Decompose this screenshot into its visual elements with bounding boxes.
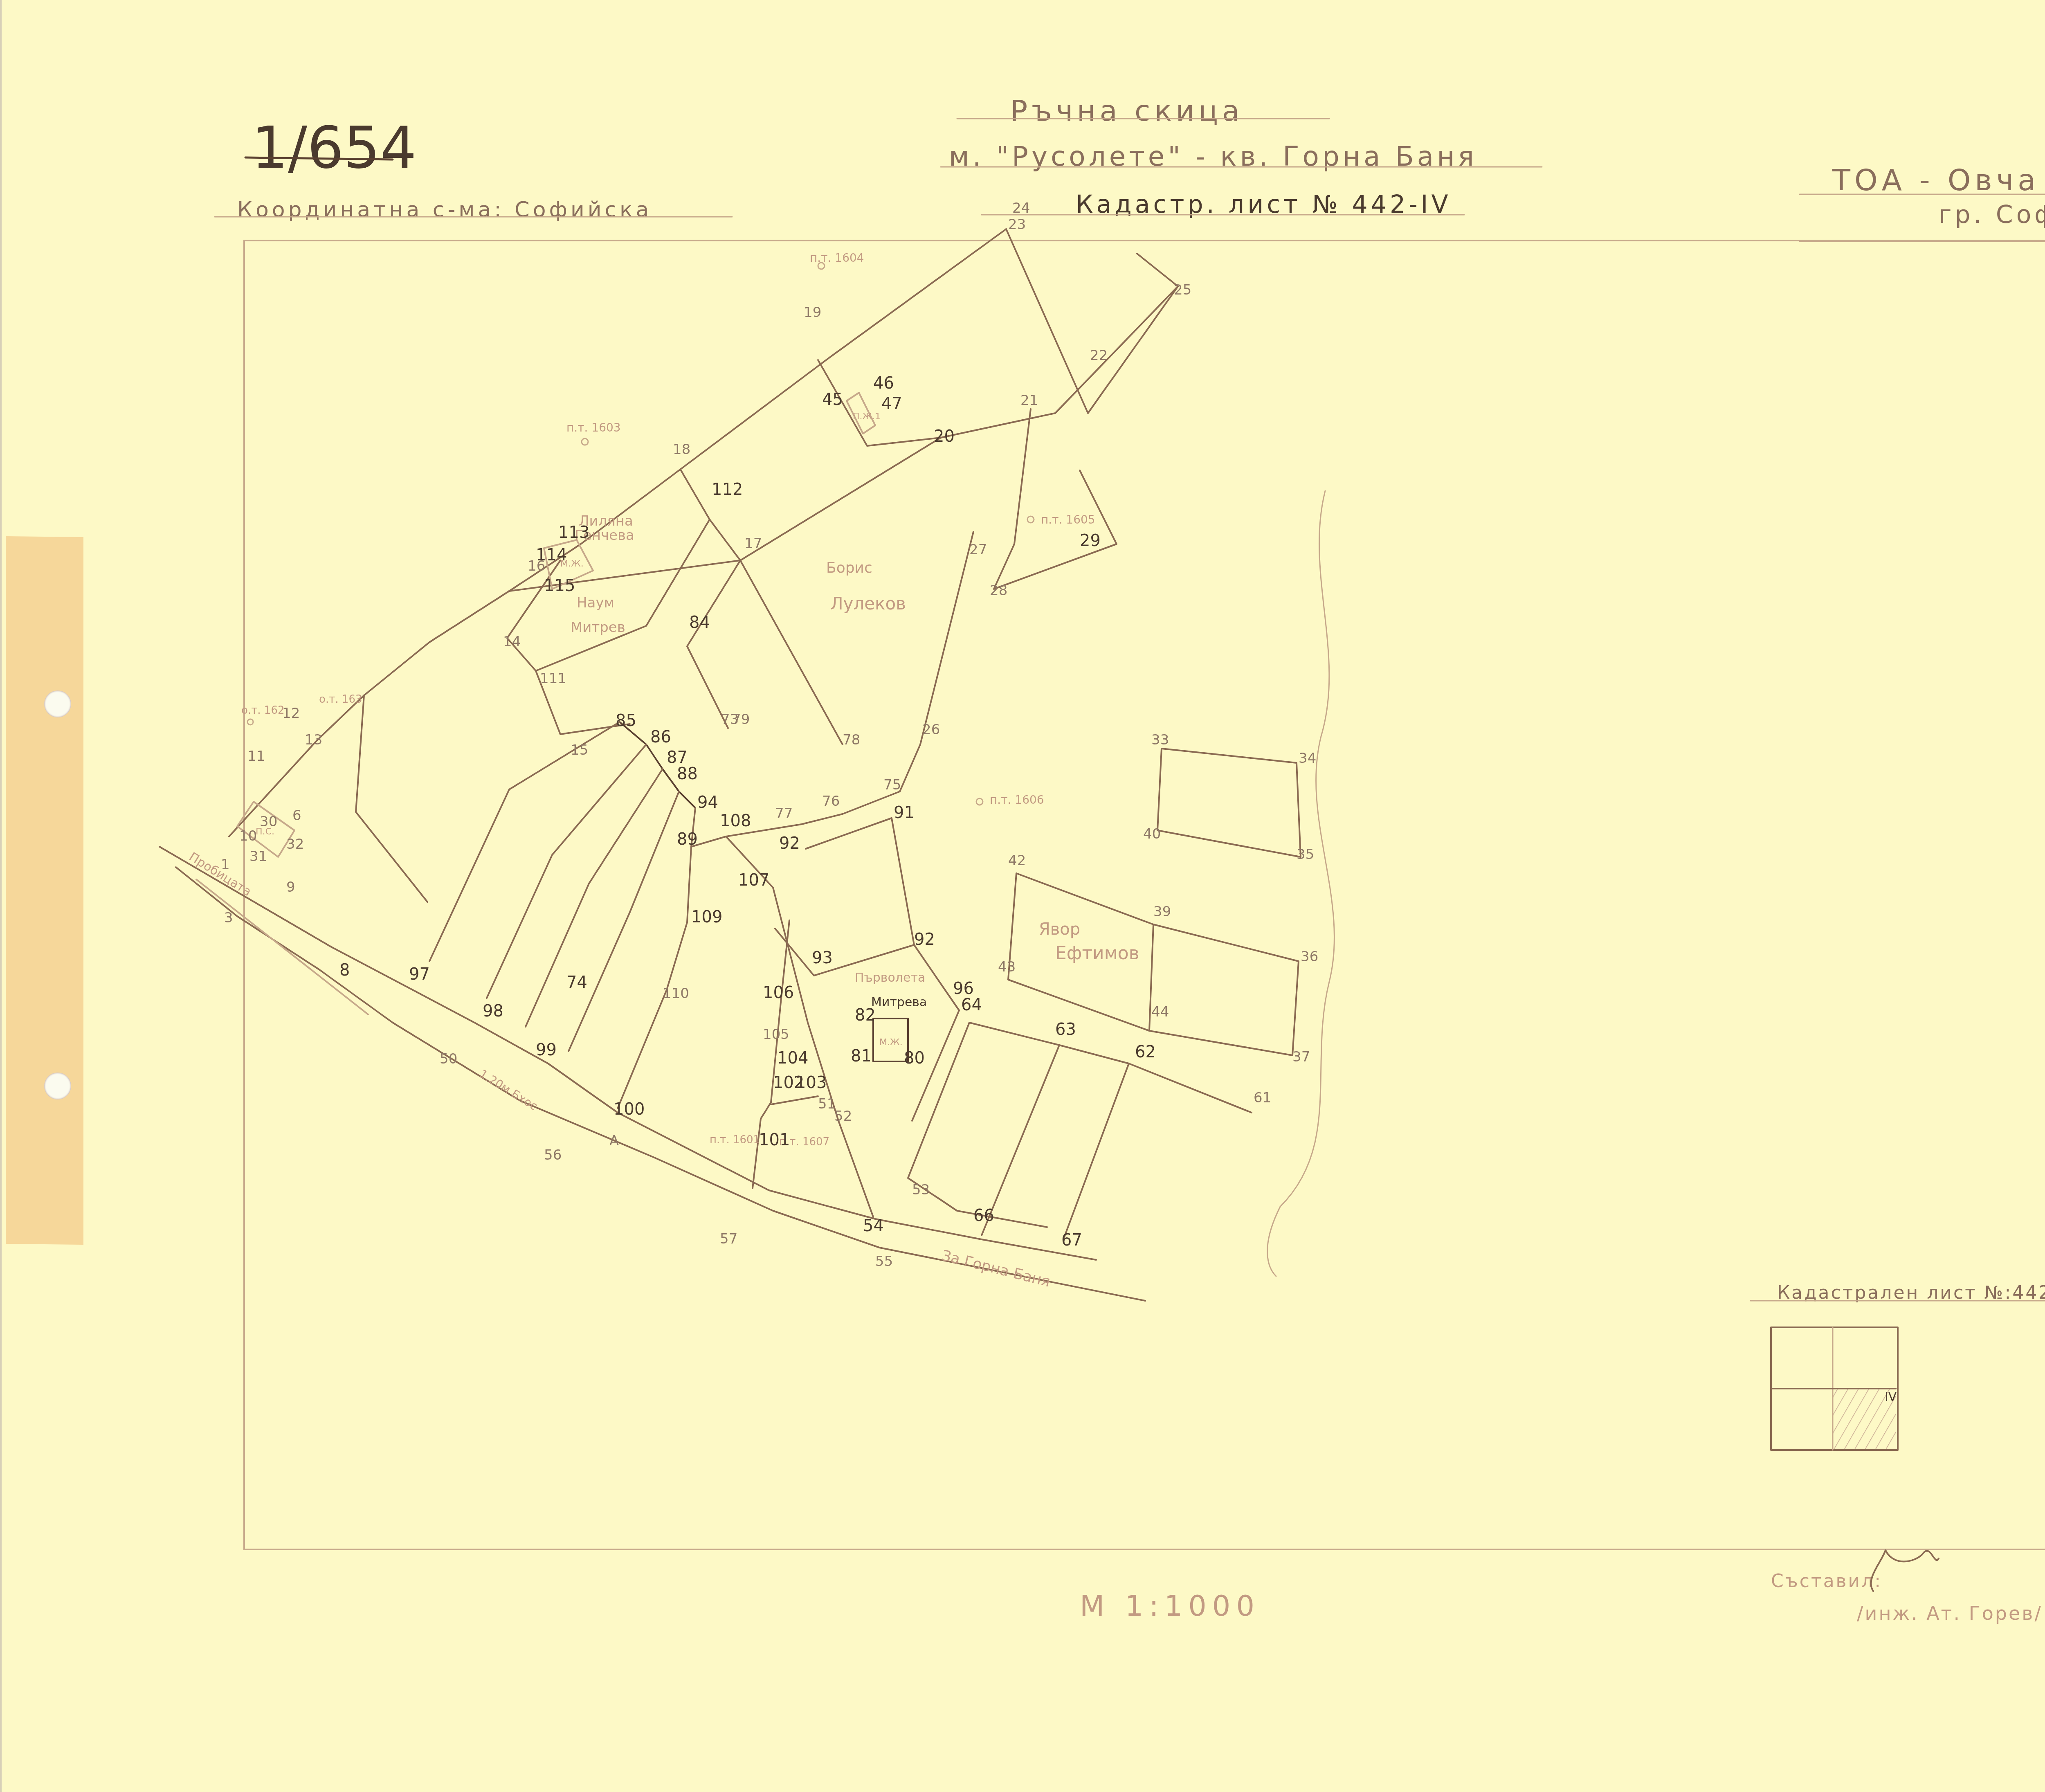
pt-9: 9 (286, 879, 295, 895)
pt-13: 13 (305, 732, 322, 748)
pt-3: 3 (224, 910, 233, 926)
pt-80: 80 (904, 1049, 925, 1068)
pt-46: 46 (873, 374, 894, 393)
pt-36: 36 (1301, 949, 1318, 965)
pt-19: 19 (804, 304, 821, 321)
pt-115: 115 (544, 576, 575, 595)
pt-74: 74 (566, 973, 587, 992)
pt-110: 110 (663, 985, 689, 1002)
building-labels: П.Ж.1 М.Ж. М.Ж. П.С. (256, 411, 903, 1048)
pt-98: 98 (483, 1002, 503, 1021)
compiled-by-name: /инж. Ат. Горев/ (1857, 1602, 2043, 1624)
coordinate-system: Координатна с-ма: Софийска (237, 198, 652, 222)
footer: М 1:1000 Съставил: /инж. Ат. Горев/ (1080, 1550, 2043, 1624)
owner-4-line2: Ефтимов (1055, 943, 1139, 964)
pt-27: 27 (969, 542, 987, 558)
pt-104: 104 (777, 1049, 808, 1068)
pt-51: 51 (818, 1096, 836, 1112)
pt-76: 76 (822, 793, 840, 809)
index-map-title: Кадастрален лист №:442 (1777, 1282, 2045, 1303)
survey-point-163: о.т. 163 (319, 693, 362, 706)
pt-10: 10 (239, 828, 257, 844)
index-map: Кадастрален лист №:442 IV (1751, 1282, 2045, 1450)
pt-97: 97 (409, 965, 430, 984)
pt-78: 78 (843, 732, 860, 748)
pt-103: 103 (796, 1073, 827, 1092)
pt-12: 12 (282, 705, 300, 722)
pt-108: 108 (720, 812, 751, 830)
pt-26: 26 (922, 722, 940, 738)
pt-32: 32 (286, 836, 304, 852)
pt-55: 55 (875, 1253, 893, 1270)
pt-31: 31 (249, 848, 267, 865)
compiled-by-label: Съставил: (1771, 1571, 1882, 1592)
pt-47: 47 (881, 394, 902, 413)
pt-88: 88 (677, 764, 698, 783)
survey-point-1601: п.т. 1601 (710, 1134, 760, 1146)
pt-81: 81 (851, 1047, 872, 1066)
pt-113: 113 (558, 523, 589, 542)
point-number-labels: 24 23 25 22 21 20 19 45 46 47 18 112 17 … (221, 200, 1318, 1270)
pt-73: 73 (721, 711, 739, 728)
pt-106: 106 (763, 983, 794, 1002)
survey-point-162: о.т. 162 (241, 704, 284, 717)
pt-62: 62 (1135, 1043, 1156, 1061)
pt-112: 112 (712, 480, 743, 499)
pt-75: 75 (883, 777, 901, 793)
pt-85: 85 (616, 711, 636, 730)
pt-111: 111 (540, 670, 566, 687)
pt-92a: 92 (779, 834, 800, 853)
pt-43: 43 (998, 959, 1016, 975)
road-label-gorna-banya: За Горна Баня (940, 1247, 1052, 1291)
pt-50: 50 (440, 1051, 457, 1067)
document-title: Ръчна скица (1010, 94, 1244, 128)
cadastral-sheet: 1/654 Ръчна скица м. "Русолете" - кв. Го… (0, 0, 2045, 1792)
owner-3-line2: Лулеков (830, 594, 906, 614)
pt-89: 89 (677, 830, 698, 849)
pt-40: 40 (1143, 826, 1161, 842)
pt-42: 42 (1008, 852, 1026, 869)
building-label-mzh-2: М.Ж. (879, 1037, 903, 1048)
owner-5-line2: Митрева (871, 995, 927, 1010)
survey-point-1604: п.т. 1604 (810, 251, 864, 265)
pt-18: 18 (673, 441, 690, 458)
pt-1: 1 (221, 857, 230, 873)
pt-6: 6 (292, 807, 301, 824)
pt-15: 15 (571, 742, 588, 758)
pt-17: 17 (744, 535, 762, 552)
pt-44: 44 (1151, 1004, 1169, 1020)
pt-109: 109 (691, 908, 722, 926)
owner-labels: Лиляна Генчева Наум Митрев Борис Лулеков… (571, 513, 1139, 1010)
pt-56: 56 (544, 1147, 562, 1163)
pt-94: 94 (697, 793, 718, 812)
pt-63: 63 (1055, 1020, 1076, 1039)
pt-8: 8 (339, 961, 350, 980)
pt-105: 105 (763, 1026, 789, 1043)
pt-21: 21 (1020, 392, 1038, 409)
pt-20: 20 (934, 427, 955, 446)
pt-29: 29 (1080, 531, 1101, 550)
pt-45: 45 (822, 390, 843, 409)
pt-23: 23 (1008, 216, 1026, 233)
pt-66: 66 (973, 1206, 994, 1225)
pt-A: A (609, 1133, 619, 1149)
pt-52: 52 (834, 1108, 852, 1124)
pt-77: 77 (775, 805, 793, 822)
pt-91: 91 (894, 803, 915, 822)
owner-5-line1: Първолета (855, 971, 925, 985)
pt-92b: 92 (914, 930, 935, 949)
pt-101: 101 (759, 1131, 790, 1149)
owner-2-line1: Наум (577, 595, 614, 611)
survey-point-1603: п.т. 1603 (566, 421, 621, 434)
pt-37: 37 (1292, 1049, 1310, 1065)
pt-86: 86 (650, 728, 671, 746)
map-frame (244, 241, 2045, 1549)
stream-line (1267, 491, 1335, 1276)
pt-22: 22 (1090, 347, 1108, 364)
pt-53: 53 (912, 1182, 930, 1198)
pt-82: 82 (855, 1006, 876, 1025)
owner-3-line1: Борис (826, 560, 872, 576)
pt-39: 39 (1153, 904, 1171, 920)
pt-64: 64 (961, 996, 982, 1014)
pt-16: 16 (528, 558, 545, 574)
pt-61: 61 (1254, 1090, 1271, 1106)
pt-24: 24 (1012, 200, 1030, 216)
pt-25: 25 (1174, 282, 1191, 298)
road-labels: За Горна Баня Пробицата 1.20м Бхос (187, 850, 1052, 1291)
pt-84: 84 (689, 613, 710, 632)
owner-4-line1: Явор (1039, 920, 1080, 939)
pt-33: 33 (1151, 732, 1169, 748)
pt-14: 14 (503, 634, 521, 650)
pt-67: 67 (1061, 1231, 1082, 1250)
pt-30: 30 (260, 814, 277, 830)
pt-35: 35 (1297, 846, 1314, 863)
office-name: ТОА - Овча купел (1832, 163, 2045, 197)
pt-99: 99 (536, 1041, 557, 1059)
pt-34: 34 (1299, 750, 1316, 767)
pt-54: 54 (863, 1216, 884, 1235)
office-city: гр. София (1939, 200, 2045, 229)
road-label-width: 1.20м Бхос (477, 1067, 540, 1113)
owner-2-line2: Митрев (571, 619, 625, 636)
scale-label: М 1:1000 (1080, 1589, 1260, 1623)
survey-point-1605: п.т. 1605 (1041, 513, 1095, 526)
pt-93: 93 (812, 949, 833, 967)
survey-point-1606: п.т. 1606 (990, 793, 1044, 807)
pt-57: 57 (720, 1231, 737, 1247)
quadrant-label: IV (1885, 1390, 1897, 1404)
sheet-number: 1/654 (252, 115, 416, 182)
building-label-pzh1: П.Ж.1 (853, 411, 881, 422)
pt-107: 107 (738, 871, 769, 890)
pt-28: 28 (990, 582, 1007, 599)
sketch-drawing: 1/654 Ръчна скица м. "Русолете" - кв. Го… (0, 0, 2045, 1792)
pt-100: 100 (613, 1100, 645, 1119)
header: 1/654 Ръчна скица м. "Русолете" - кв. Го… (215, 94, 2045, 241)
pt-11: 11 (247, 748, 265, 764)
